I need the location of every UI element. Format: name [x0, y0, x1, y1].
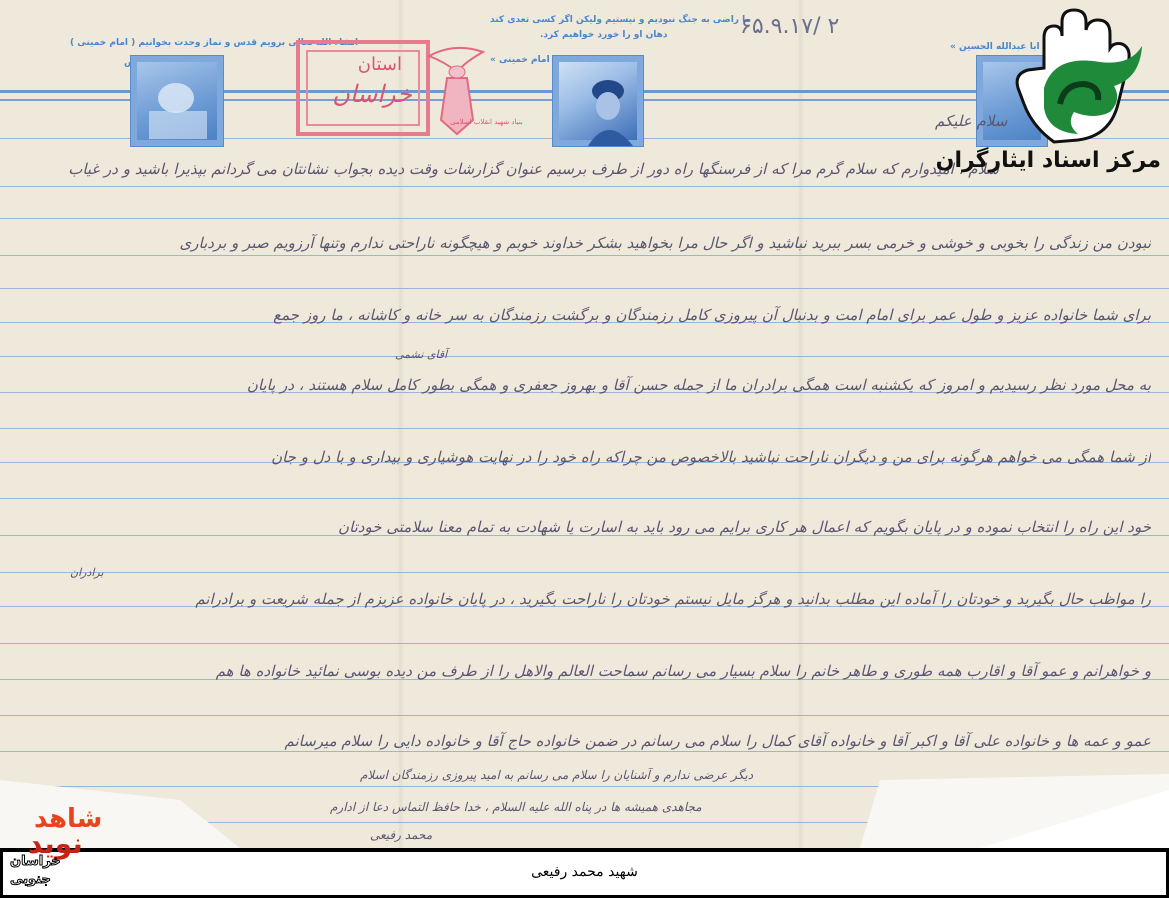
letter-line: عمو و عمه ها و خانواده علی آقا و اکبر آق…: [18, 732, 1151, 750]
stamp-text-ostan: استان: [358, 54, 402, 75]
letter-scan: انشاء الله تعالی برویم قدس و نماز وحدت ب…: [0, 0, 1169, 848]
letter-line: به محل مورد نظر رسیدیم و امروز که یکشنبه…: [18, 376, 1151, 394]
ruled-line: [0, 218, 1169, 219]
ruled-line: [0, 288, 1169, 289]
folded-envelope-edge: [0, 760, 1169, 848]
imam-portrait-image: [552, 55, 644, 147]
letter-line: خود این راه را انتخاب نموده و در پایان ب…: [18, 518, 1151, 536]
caption-bar: شهید محمد رفیعی: [0, 848, 1169, 898]
logo-text-khorasan: خراسان: [10, 854, 61, 870]
ruled-line: [0, 572, 1169, 573]
isargaran-archive-title: مرکز اسناد ایثارگران: [936, 148, 1161, 173]
emblem-caption: بنیاد شهید انقلاب اسلامی: [450, 118, 523, 126]
ruled-line: [0, 751, 1169, 752]
letterhead-quote-center-attr: « امام خمینی »: [490, 55, 559, 65]
khorasan-stamp: استان خراسان: [296, 40, 430, 136]
letterhead-quote-center-line2: دهان او را خورد خواهیم کرد.: [540, 30, 668, 40]
letter-line: نبودن من زندگی را بخوبی و خوشی و خرمی بس…: [18, 234, 1151, 252]
letter-greeting: سلام علیکم: [935, 112, 1007, 130]
letter-line: برای شما خانواده عزیز و طول عمر برای اما…: [18, 306, 1151, 324]
ruled-line: [0, 186, 1169, 187]
portrait-icon: [553, 56, 643, 146]
letter-line: سلام ، امیدوارم که سلام گرم مرا که از فر…: [18, 160, 999, 178]
navid-shahed-logo: شاهد نوید خراسان جنوبی: [8, 806, 116, 894]
ruled-line: [0, 643, 1169, 644]
letter-line: و خواهرانم و عمو آقا و اقارب همه طوری و …: [18, 662, 1151, 680]
martyr-foundation-emblem-icon: [425, 42, 487, 142]
stamp-text-khorasan: خراسان: [332, 80, 412, 108]
caption-text: شهید محمد رفیعی: [3, 864, 1166, 880]
isargaran-archive-logo-icon: [1014, 8, 1149, 158]
ruled-line: [0, 715, 1169, 716]
ruled-line: [0, 498, 1169, 499]
letter-line: از شما همگی می خواهم هرگونه برای من و دی…: [18, 448, 1151, 466]
ruled-line: [0, 356, 1169, 357]
interlinear-note-2: برادران: [70, 566, 104, 579]
logo-text-jonoubi: جنوبی: [10, 872, 51, 888]
interlinear-note: آقای نشمی: [395, 348, 447, 361]
dome-icon: [131, 56, 223, 146]
dome-of-rock-image: [130, 55, 224, 147]
ruled-line: [0, 255, 1169, 256]
letterhead-quote-center-line1: ما راضی به جنگ نبودیم و نیستیم ولیکن اگر…: [490, 15, 751, 25]
letter-date: ۶۵.۹.۱۷/ ۲: [740, 14, 839, 39]
letter-line: را مواظب حال بگیرید و خودتان را آماده ای…: [18, 590, 1151, 608]
ruled-line: [0, 428, 1169, 429]
